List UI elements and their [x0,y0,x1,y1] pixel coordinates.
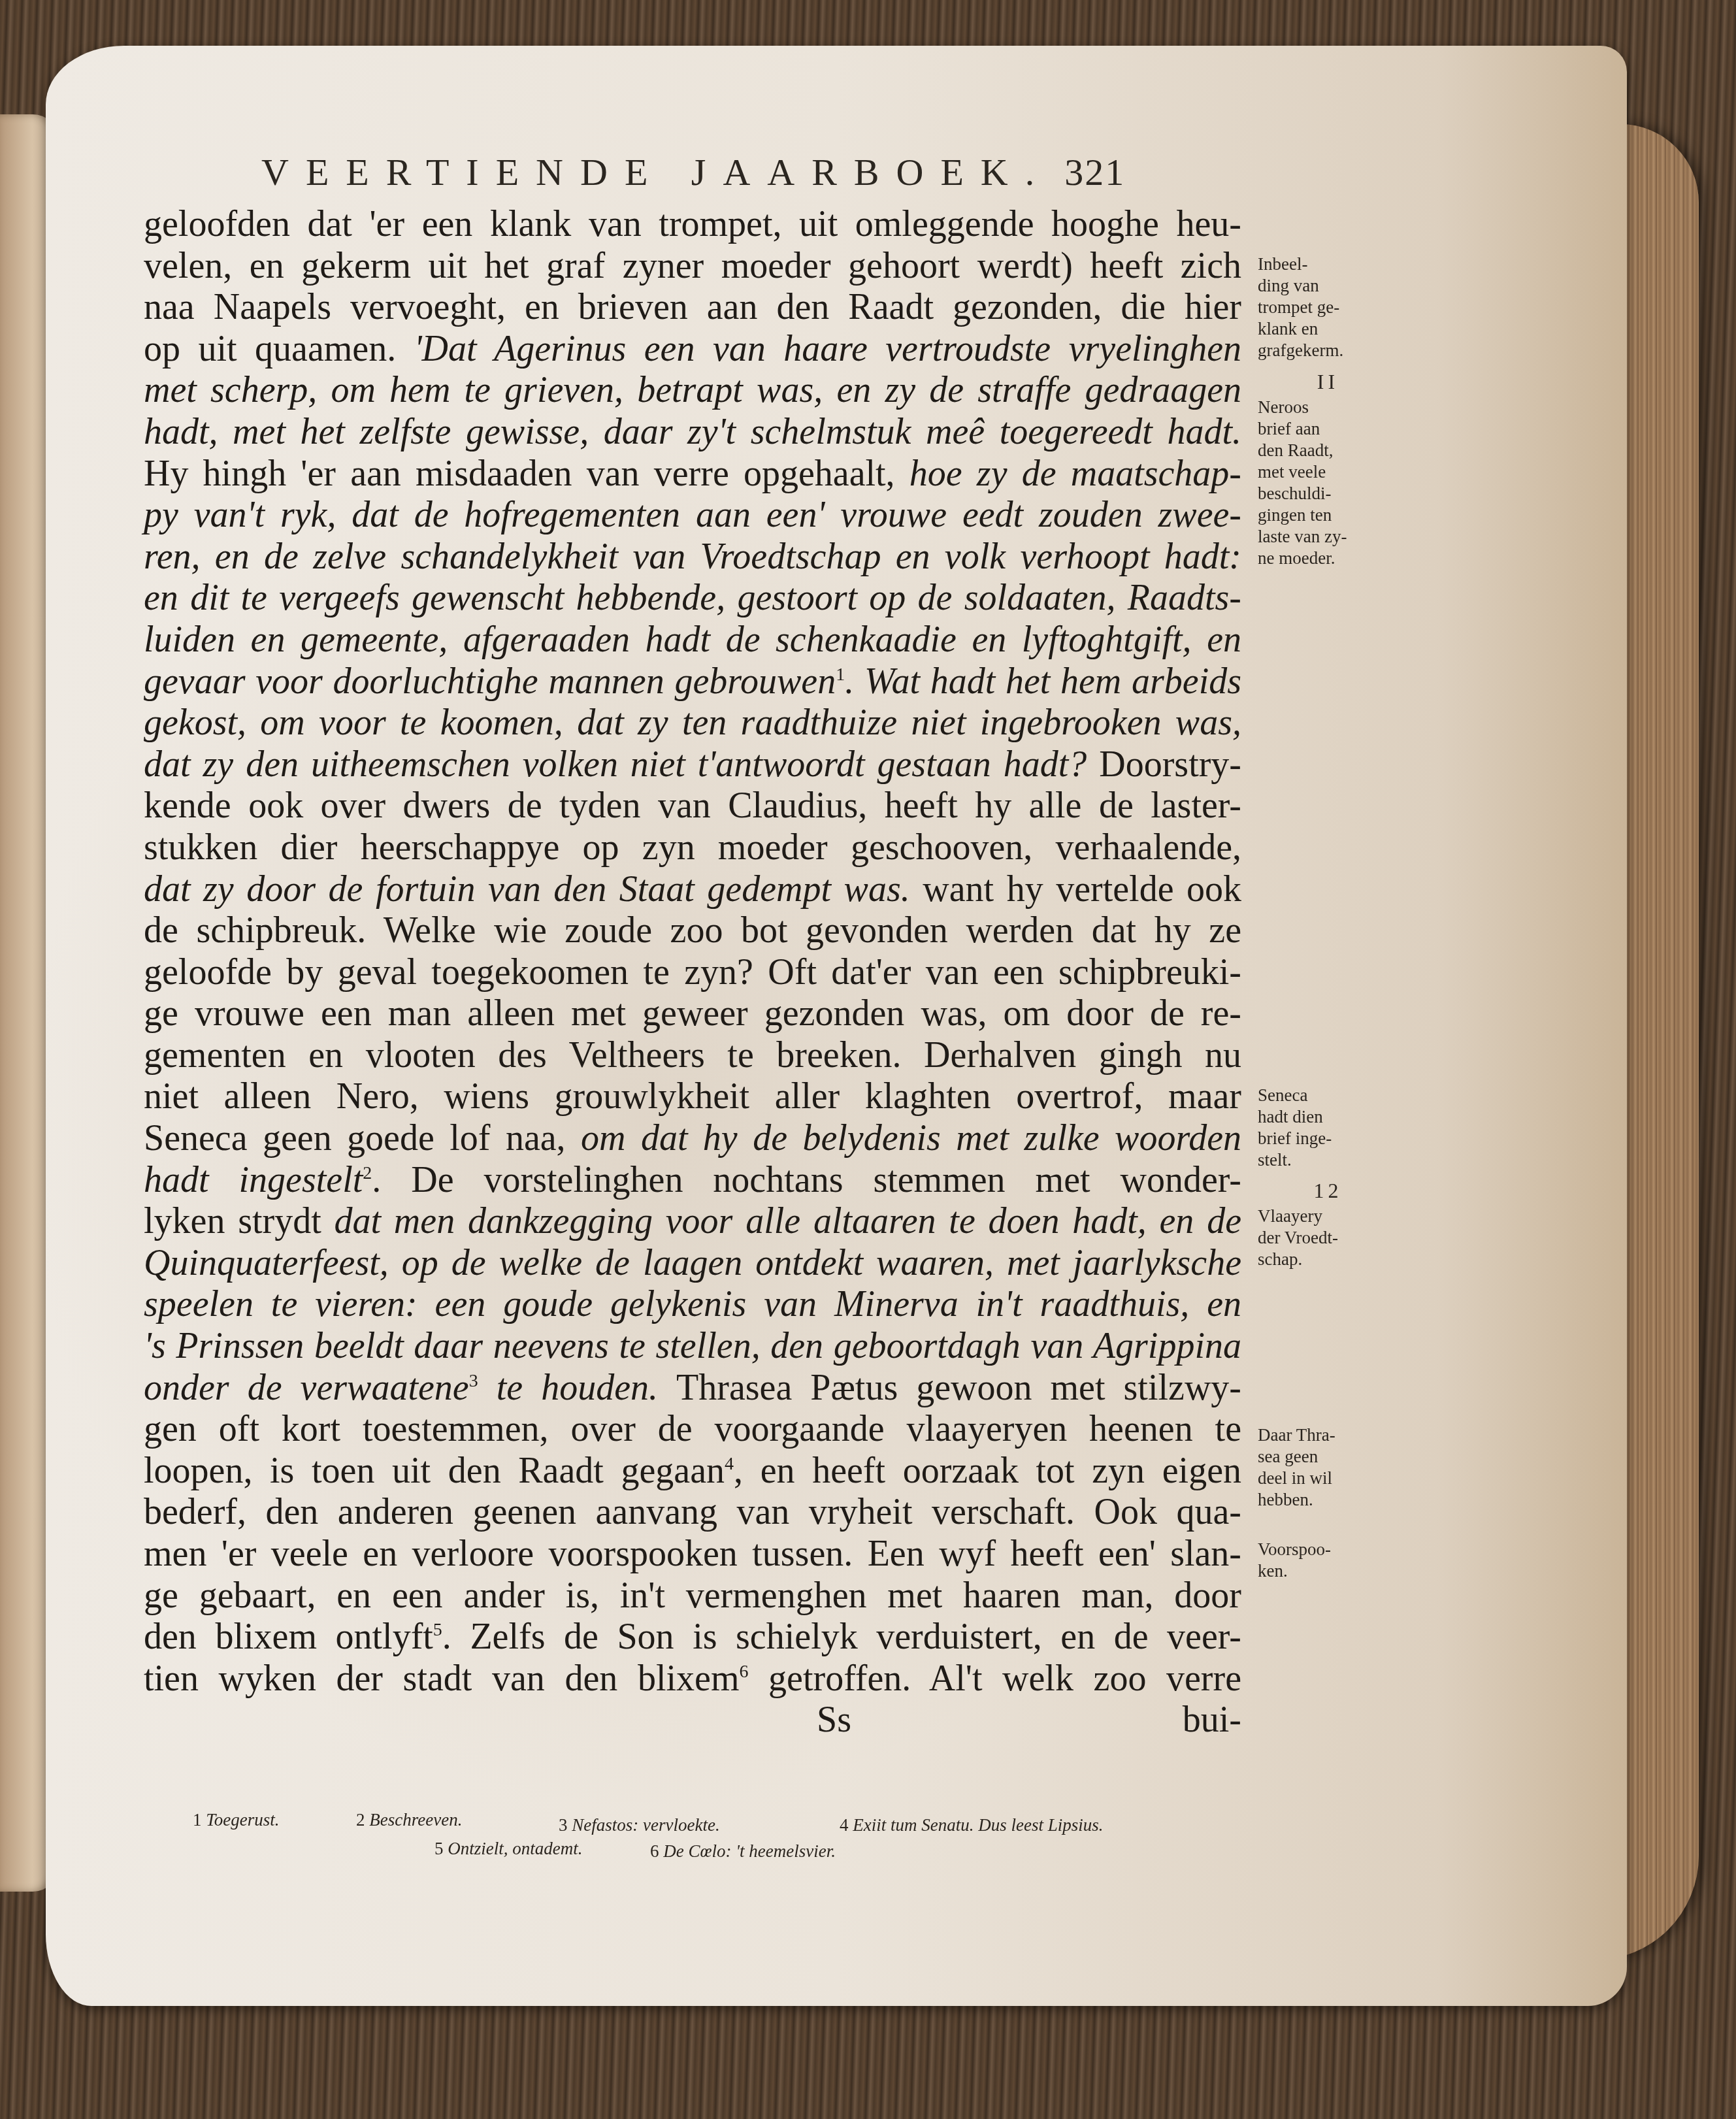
text-segment: Quinquaterfeest, op de welke de laagen o… [144,1243,1241,1283]
footnote-ref: 3 [469,1371,478,1391]
text-line: kende ook over dwers de tyden van Claudi… [144,785,1241,827]
margin-note-line: deel in wil [1258,1468,1398,1489]
margin-note-line: Neroos [1258,397,1398,418]
text-line: luiden en gemeente, afgeraaden hadt de s… [144,619,1241,661]
running-title: VEERTIENDE JAARBOEK. [261,151,1051,193]
footnote-text: Exiit tum Senatu. Dus leest Lipsius. [853,1815,1103,1835]
text-segment: . Zelfs de Son is schielyk verduistert, … [442,1617,1241,1657]
footnote-number: 4 [840,1815,853,1835]
text-line: ge vrouwe een man alleen met geweer gezo… [144,993,1241,1035]
text-line: velen, en gekerm uit het graf zyner moed… [144,246,1241,287]
margin-note: Voorspoo-ken. [1258,1539,1398,1582]
footnote-text: De Cœlo: 't heemelsvier. [663,1841,836,1861]
text-segment: stukken dier heerschappye op zyn moeder … [144,827,1241,868]
text-segment: geloofde by geval toegekoomen te zyn? Of… [144,952,1241,993]
margin-note-line: der Vroedt- [1258,1227,1398,1249]
margin-note-line: hadt dien [1258,1106,1398,1128]
margin-note-line: sea geen [1258,1446,1398,1468]
main-text-block: geloofden dat 'er een klank van trompet,… [144,204,1241,1741]
margin-note-line: trompet ge- [1258,297,1398,318]
text-line: gementen en vlooten des Veltheers te bre… [144,1035,1241,1077]
margin-note-line: Seneca [1258,1085,1398,1106]
footnote-number: 3 [559,1815,572,1835]
text-segment: 'Dat Agerinus een van haare vertroudste … [414,329,1241,369]
text-segment: gen oft kort toestemmen, over de voorgaa… [144,1409,1241,1449]
text-line: dat zy door de fortuin van den Staat ged… [144,869,1241,911]
text-line: men 'er veele en verloore voorspooken tu… [144,1534,1241,1575]
margin-note: Daar Thra-sea geendeel in wilhebben. [1258,1424,1398,1511]
text-line: en dit te vergeefs gewenscht hebbende, g… [144,578,1241,619]
text-line: naa Naapels vervoeght, en brieven aan de… [144,287,1241,329]
margin-note-line: Inbeel- [1258,254,1398,275]
signature-row: Ssbui- [144,1700,1241,1741]
text-segment: . De vorstelinghen nochtans stemmen met … [372,1160,1241,1200]
margin-note-line: met veele [1258,461,1398,483]
text-segment: luiden en gemeente, afgeraaden hadt de s… [144,619,1241,660]
text-segment: . Wat hadt het hem arbeids [845,661,1241,702]
text-segment: naa Naapels vervoeght, en brieven aan de… [144,287,1241,327]
text-segment: Thrasea Pætus gewoon met stilzwy- [676,1368,1241,1408]
text-segment: lyken strydt [144,1201,335,1241]
text-line: Seneca geen goede lof naa, om dat hy de … [144,1118,1241,1160]
text-segment: Hy hingh 'er aan misdaaden van verre opg… [144,453,909,494]
text-line: hadt, met het zelfste gewisse, daar zy't… [144,412,1241,453]
footnote-ref: 5 [433,1620,442,1641]
text-line: met scherp, om hem te grieven, betrapt w… [144,370,1241,412]
text-segment: om dat hy de belydenis met zulke woorden [581,1118,1241,1158]
text-line: bederf, den anderen geenen aanvang van v… [144,1492,1241,1534]
text-line: de schipbreuk. Welke wie zoude zoo bot g… [144,910,1241,952]
margin-note: Senecahadt dienbrief inge-stelt. [1258,1085,1398,1171]
text-segment: dat zy den uitheemschen volken niet t'an… [144,744,1099,785]
margin-note-line: laste van zy- [1258,526,1398,548]
page-number: 321 [1064,151,1125,193]
footnote: 1 Toegerust. [193,1807,280,1833]
text-line: 's Prinssen beeldt daar neevens te stell… [144,1326,1241,1368]
text-line: ge gebaart, en een ander is, in't vermen… [144,1575,1241,1617]
margin-note: IINeroosbrief aanden Raadt,met veelebesc… [1258,367,1398,569]
margin-note-line: Daar Thra- [1258,1424,1398,1446]
footnote-number: 6 [650,1841,663,1861]
text-segment: tien wyken der stadt van den blixem [144,1658,739,1699]
text-segment: py van't ryk, dat de hofregementen aan e… [144,495,1241,535]
text-segment: en dit te vergeefs gewenscht hebbende, g… [144,578,1241,618]
text-segment: bederf, den anderen geenen aanvang van v… [144,1492,1241,1532]
footnote: 3 Nefastos: vervloekte. [559,1812,720,1838]
section-number: 12 [1258,1180,1398,1202]
text-line: op uit quaamen. 'Dat Agerinus een van ha… [144,329,1241,370]
footnote-number: 1 [193,1810,206,1830]
text-segment: getroffen. Al't welk zoo verre [748,1658,1241,1699]
section-number: II [1258,371,1398,393]
text-line: Quinquaterfeest, op de welke de laagen o… [144,1243,1241,1285]
text-segment: Doorstry- [1099,744,1241,785]
text-segment: gevaar voor doorluchtighe mannen gebrouw… [144,661,836,702]
text-line: hadt ingestelt2. De vorstelinghen nochta… [144,1160,1241,1202]
text-segment: dat zy door de fortuin van den Staat ged… [144,869,923,910]
text-line: lyken strydt dat men dankzegging voor al… [144,1201,1241,1243]
text-segment: gekost, om voor te koomen, dat zy ten ra… [144,702,1241,743]
text-line: gekost, om voor te koomen, dat zy ten ra… [144,702,1241,744]
text-line: niet alleen Nero, wiens grouwlykheit all… [144,1076,1241,1118]
margin-note-line: grafgekerm. [1258,340,1398,361]
text-segment: ge gebaart, en een ander is, in't vermen… [144,1575,1241,1616]
footnote-number: 2 [356,1810,369,1830]
margin-note-line: stelt. [1258,1149,1398,1171]
margin-note-line: klank en [1258,318,1398,340]
margin-note: Inbeel-ding vantrompet ge-klank engrafge… [1258,254,1398,361]
text-segment: kende ook over dwers de tyden van Claudi… [144,785,1241,826]
footnote-ref: 2 [363,1163,372,1183]
running-head: VEERTIENDE JAARBOEK.321 [261,150,1125,194]
text-line: onder de verwaatene3 te houden. Thrasea … [144,1368,1241,1409]
text-segment: Seneca geen goede lof naa, [144,1118,581,1158]
footnote: 2 Beschreeven. [356,1807,462,1833]
text-line: py van't ryk, dat de hofregementen aan e… [144,495,1241,536]
text-segment: loopen, is toen uit den Raadt gegaan [144,1451,725,1491]
footnote-text: Ontzielt, ontademt. [448,1839,582,1858]
margin-note: 12Vlaayeryder Vroedt-schap. [1258,1176,1398,1270]
text-segment: onder de verwaatene [144,1368,469,1408]
text-segment: , en heeft oorzaak tot zyn eigen [734,1451,1241,1491]
text-segment: hadt ingestelt [144,1160,363,1200]
text-line: ren, en de zelve schandelykheit van Vroe… [144,536,1241,578]
text-segment: men 'er veele en verloore voorspooken tu… [144,1534,1241,1574]
text-line: loopen, is toen uit den Raadt gegaan4, e… [144,1451,1241,1492]
footnote-ref: 1 [836,665,845,685]
margin-note-line: Voorspoo- [1258,1539,1398,1560]
footnote-text: Toegerust. [206,1810,279,1830]
margin-note-line: Vlaayery [1258,1206,1398,1227]
footnote: 6 De Cœlo: 't heemelsvier. [650,1838,836,1864]
margin-note-line: brief aan [1258,418,1398,440]
text-segment: de schipbreuk. Welke wie zoude zoo bot g… [144,910,1241,951]
text-line: speelen te vieren: een goude gelykenis v… [144,1284,1241,1326]
footnote-text: Nefastos: vervloekte. [572,1815,719,1835]
text-segment: velen, en gekerm uit het graf zyner moed… [144,246,1241,286]
catchword: bui- [1183,1700,1241,1741]
text-segment: 's Prinssen beeldt daar neevens te stell… [144,1326,1241,1366]
text-line: gen oft kort toestemmen, over de voorgaa… [144,1409,1241,1451]
margin-note-line: beschuldi- [1258,483,1398,504]
text-line: geloofden dat 'er een klank van trompet,… [144,204,1241,246]
footnote-ref: 6 [739,1662,748,1682]
text-line: den blixem ontlyft5. Zelfs de Son is sch… [144,1617,1241,1658]
text-segment: want hy vertelde ook [923,869,1241,910]
footnote-number: 5 [434,1839,448,1858]
text-segment: gementen en vlooten des Veltheers te bre… [144,1035,1241,1076]
margin-note-line: ken. [1258,1560,1398,1582]
text-segment: ren, en de zelve schandelykheit van Vroe… [144,536,1241,577]
text-segment: dat men dankzegging voor alle altaaren t… [335,1201,1241,1241]
footnote: 5 Ontzielt, ontademt. [434,1835,582,1862]
margin-note-line: brief inge- [1258,1128,1398,1149]
margin-note-line: ding van [1258,275,1398,297]
margin-note-line: den Raadt, [1258,440,1398,461]
text-segment: ge vrouwe een man alleen met geweer gezo… [144,993,1241,1034]
footnote-ref: 4 [725,1454,734,1474]
footnote-text: Beschreeven. [369,1810,462,1830]
text-segment: niet alleen Nero, wiens grouwlykheit all… [144,1076,1241,1117]
text-segment: te houden. [478,1368,676,1408]
text-segment: speelen te vieren: een goude gelykenis v… [144,1284,1241,1324]
text-segment: den blixem ontlyft [144,1617,433,1657]
text-line: stukken dier heerschappye op zyn moeder … [144,827,1241,869]
text-line: Hy hingh 'er aan misdaaden van verre opg… [144,453,1241,495]
margin-note-line: schap. [1258,1249,1398,1270]
text-segment: hadt, met het zelfste gewisse, daar zy't… [144,412,1241,452]
book-page: VEERTIENDE JAARBOEK.321 geloofden dat 'e… [46,46,1627,2006]
signature-mark: Ss [817,1700,851,1741]
text-line: gevaar voor doorluchtighe mannen gebrouw… [144,661,1241,703]
margin-note-line: ne moeder. [1258,548,1398,569]
text-segment: hoe zy de maatschap- [909,453,1241,494]
footnote: 4 Exiit tum Senatu. Dus leest Lipsius. [840,1812,1103,1838]
margin-note-line: gingen ten [1258,504,1398,526]
text-line: tien wyken der stadt van den blixem6 get… [144,1658,1241,1700]
text-segment: op uit quaamen. [144,329,414,369]
margin-note-line: hebben. [1258,1489,1398,1511]
text-segment: geloofden dat 'er een klank van trompet,… [144,204,1241,244]
text-line: geloofde by geval toegekoomen te zyn? Of… [144,952,1241,994]
text-segment: met scherp, om hem te grieven, betrapt w… [144,370,1241,410]
text-line: dat zy den uitheemschen volken niet t'an… [144,744,1241,786]
